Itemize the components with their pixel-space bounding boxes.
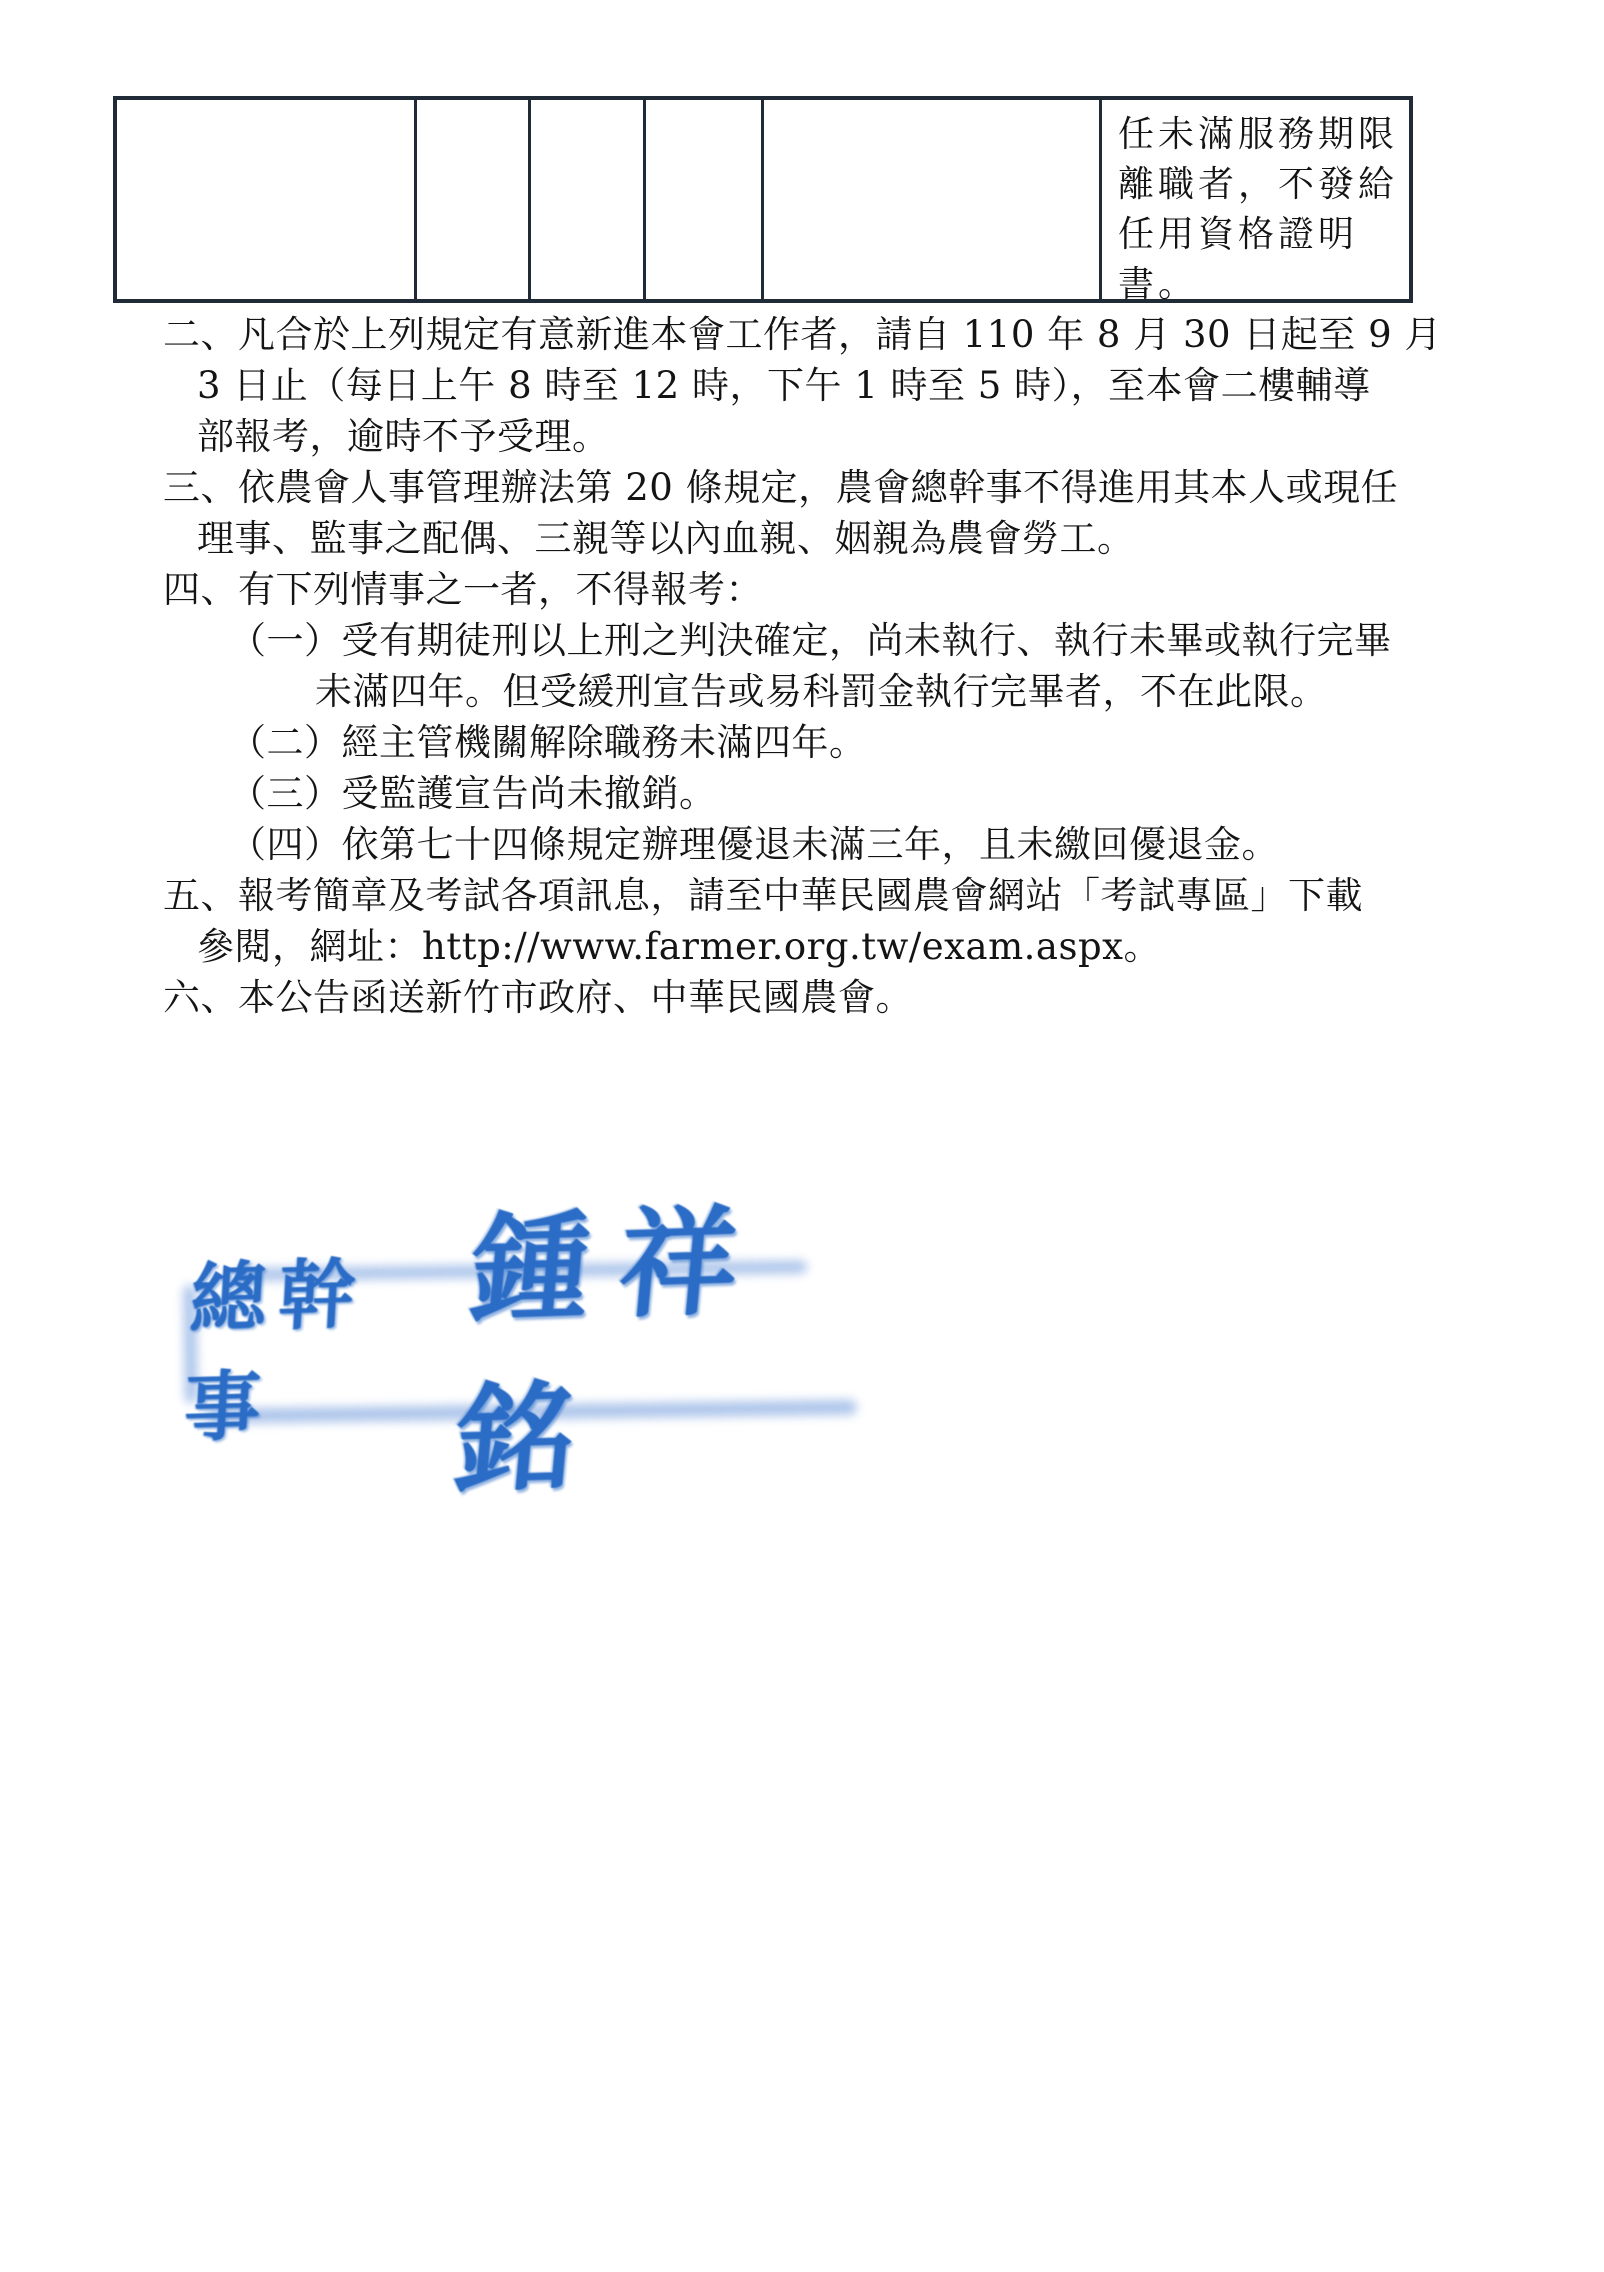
table-cell-empty-3 xyxy=(531,100,646,299)
body-line-subitem-3: （三）受監護宣告尚未撤銷。 xyxy=(229,768,1463,819)
eligibility-table: 任未滿服務期限 離職者，不發給 任用資格證明 書。 xyxy=(113,96,1413,303)
body-line-item-2-cont: 3 日止（每日上午 8 時至 12 時，下午 1 時至 5 時），至本會二樓輔導 xyxy=(197,360,1463,411)
table-cell-empty-5 xyxy=(764,100,1102,299)
note-line: 任用資格證明 xyxy=(1118,210,1403,260)
note-line: 書。 xyxy=(1118,260,1403,310)
body-line-subitem-2: （二）經主管機關解除職務未滿四年。 xyxy=(229,717,1463,768)
body-line-item-6: 六、本公告函送新竹市政府、中華民國農會。 xyxy=(163,972,1463,1023)
table-cell-empty-4 xyxy=(646,100,764,299)
body-line-item-5-url: 參閱，網址：http://www.farmer.org.tw/exam.aspx… xyxy=(197,921,1463,972)
body-line-item-4: 四、有下列情事之一者，不得報考： xyxy=(163,564,1463,615)
announcement-body: 二、凡合於上列規定有意新進本會工作者，請自 110 年 8 月 30 日起至 9… xyxy=(163,309,1463,1023)
body-line-item-2-cont: 部報考，逾時不予受理。 xyxy=(197,411,1463,462)
stamp-title: 總幹事 xyxy=(182,1230,458,1456)
body-line-subitem-4: （四）依第七十四條規定辦理優退未滿三年，且未繳回優退金。 xyxy=(229,819,1463,870)
scanned-announcement-page: 任未滿服務期限 離職者，不發給 任用資格證明 書。 二、凡合於上列規定有意新進本… xyxy=(0,0,1604,2272)
table-cell-empty-1 xyxy=(117,100,417,299)
stamp-name: 鍾祥銘 xyxy=(449,1161,924,1515)
table-note-cell: 任未滿服務期限 離職者，不發給 任用資格證明 書。 xyxy=(1102,100,1409,299)
general-manager-stamp: 總幹事 鍾祥銘 xyxy=(187,1251,909,1429)
body-line-item-2: 二、凡合於上列規定有意新進本會工作者，請自 110 年 8 月 30 日起至 9… xyxy=(163,309,1463,360)
body-line-subitem-1: （一）受有期徒刑以上刑之判決確定，尚未執行、執行未畢或執行完畢 xyxy=(229,615,1463,666)
body-line-item-3: 三、依農會人事管理辦法第 20 條規定，農會總幹事不得進用其本人或現任 xyxy=(163,462,1463,513)
body-line-item-5: 五、報考簡章及考試各項訊息，請至中華民國農會網站「考試專區」下載 xyxy=(163,870,1463,921)
note-line: 任未滿服務期限 xyxy=(1118,110,1403,160)
body-line-item-3-cont: 理事、監事之配偶、三親等以內血親、姻親為農會勞工。 xyxy=(197,513,1463,564)
table-cell-empty-2 xyxy=(417,100,531,299)
note-line: 離職者，不發給 xyxy=(1118,160,1403,210)
body-line-subitem-1-cont: 未滿四年。但受緩刑宣告或易科罰金執行完畢者，不在此限。 xyxy=(315,666,1463,717)
